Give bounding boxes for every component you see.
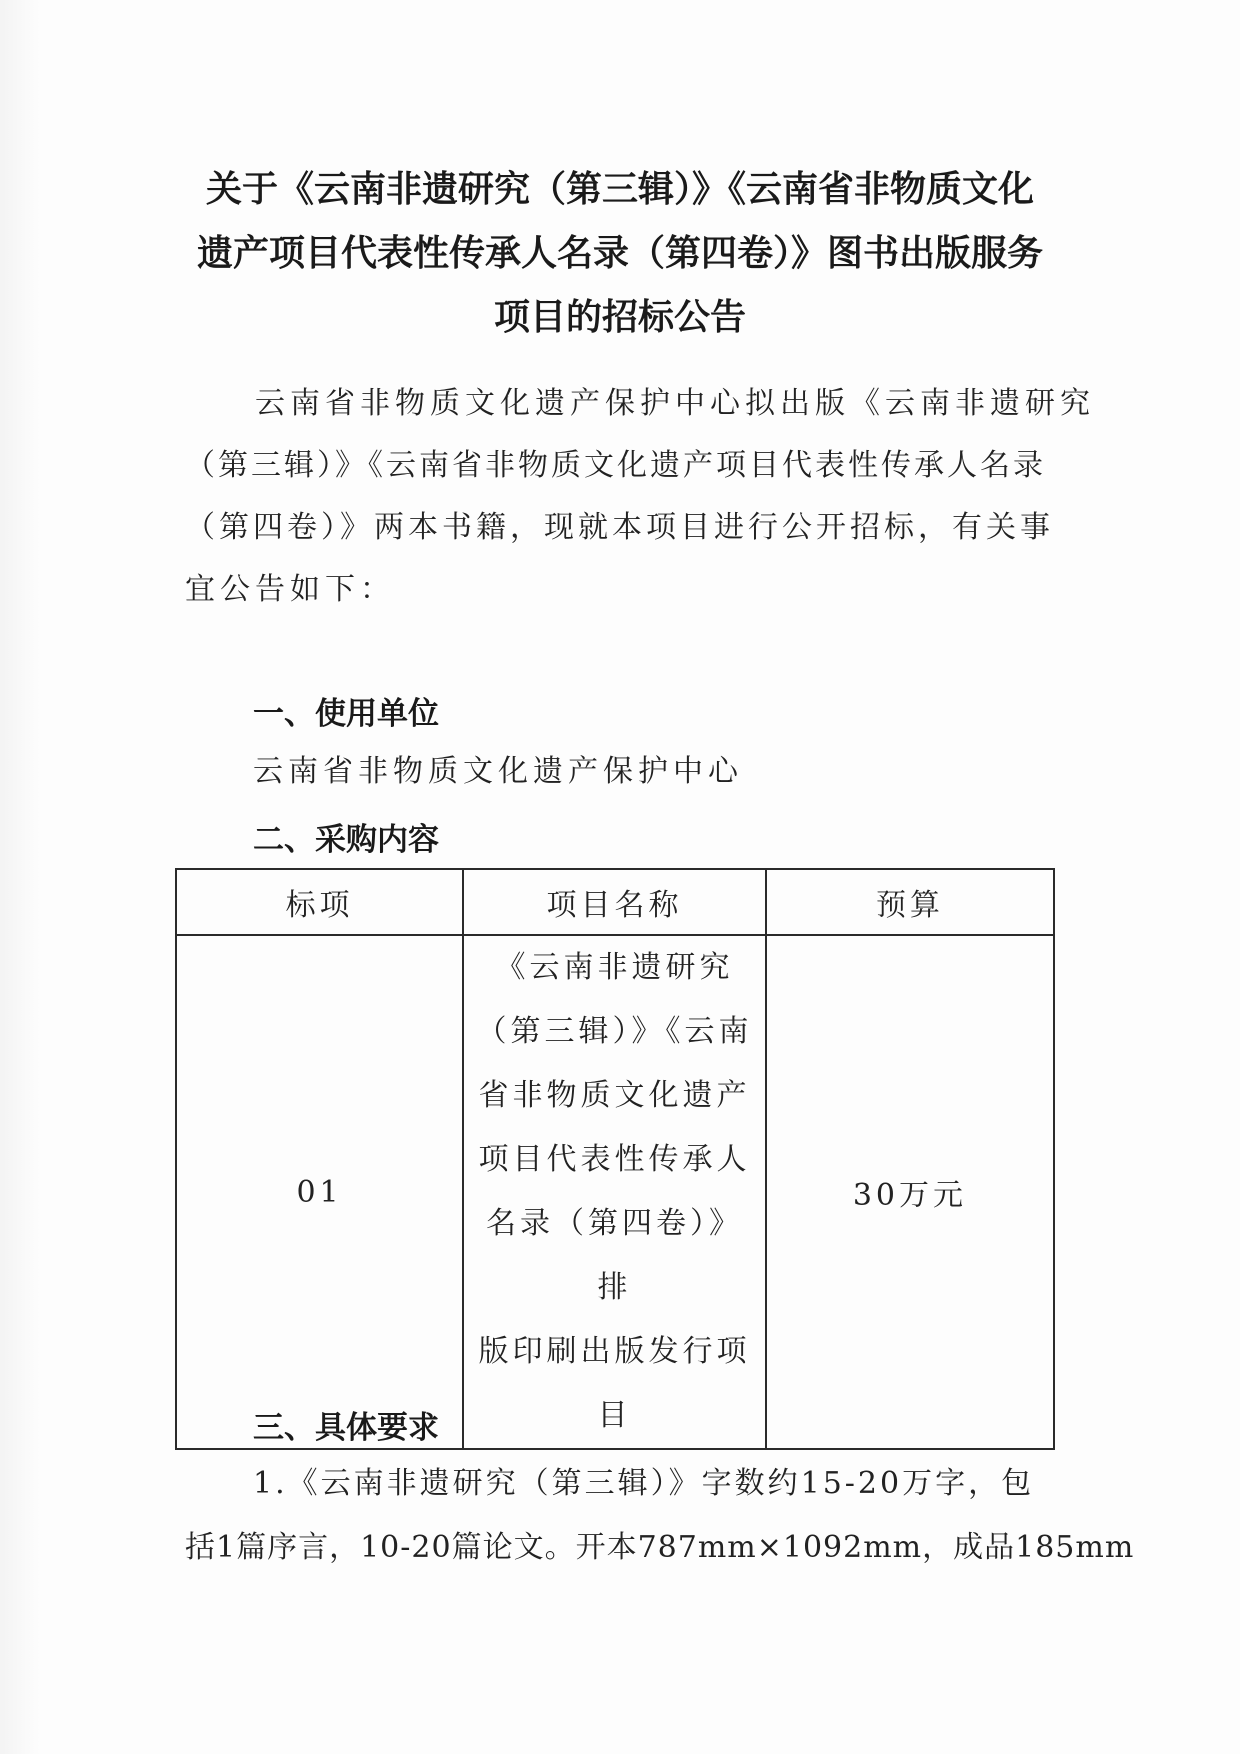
project-name-line: 名录（第四卷）》排	[472, 1192, 757, 1320]
intro-line-3: （第四卷）》两本书籍，现就本项目进行公开招标，有关事	[185, 496, 1054, 560]
section-3-line-1: 1.《云南非遗研究（第三辑）》字数约15-20万字，包	[253, 1452, 1034, 1516]
project-name-line: （第三辑）》《云南	[472, 1000, 757, 1064]
section-1-content: 云南省非物质文化遗产保护中心	[253, 740, 743, 804]
project-name-line: 省非物质文化遗产	[472, 1064, 757, 1128]
section-2-heading: 二、采购内容	[253, 814, 439, 859]
document-page: 关于《云南非遗研究（第三辑）》《云南省非物质文化 遗产项目代表性传承人名录（第四…	[0, 0, 1240, 1754]
intro-line-2: （第三辑）》《云南省非物质文化遗产项目代表性传承人名录	[185, 434, 1046, 498]
project-name-line: 项目代表性传承人	[472, 1128, 757, 1192]
header-item: 标项	[176, 869, 463, 935]
title-line-1: 关于《云南非遗研究（第三辑）》《云南省非物质文化	[190, 158, 1050, 222]
table-header-row: 标项 项目名称 预算	[176, 869, 1054, 935]
header-project-name: 项目名称	[463, 869, 766, 935]
section-3-line-2: 括1篇序言，10-20篇论文。开本787mm×1092mm，成品185mm	[185, 1516, 1134, 1580]
cell-budget: 30万元	[766, 935, 1054, 1449]
table-row: 01 《云南非遗研究 （第三辑）》《云南 省非物质文化遗产 项目代表性传承人 名…	[176, 935, 1054, 1449]
title-line-2: 遗产项目代表性传承人名录（第四卷）》图书出版服务	[190, 222, 1050, 286]
scan-artifact	[0, 0, 40, 1754]
procurement-table: 标项 项目名称 预算 01 《云南非遗研究 （第三辑）》《云南 省非物质文化遗产…	[175, 868, 1055, 1450]
cell-item: 01	[176, 935, 463, 1449]
intro-line-4: 宜公告如下：	[185, 558, 395, 622]
project-name-line: 版印刷出版发行项	[472, 1320, 757, 1384]
title-line-3: 项目的招标公告	[190, 286, 1050, 350]
section-3-heading: 三、具体要求	[253, 1402, 439, 1447]
intro-line-1: 云南省非物质文化遗产保护中心拟出版《云南非遗研究	[255, 372, 1095, 436]
header-budget: 预算	[766, 869, 1054, 935]
section-1-heading: 一、使用单位	[253, 688, 439, 733]
project-name-line: 《云南非遗研究	[472, 936, 757, 1000]
cell-project-name: 《云南非遗研究 （第三辑）》《云南 省非物质文化遗产 项目代表性传承人 名录（第…	[463, 935, 766, 1449]
project-name-line: 目	[472, 1384, 757, 1448]
document-title: 关于《云南非遗研究（第三辑）》《云南省非物质文化 遗产项目代表性传承人名录（第四…	[190, 158, 1050, 350]
